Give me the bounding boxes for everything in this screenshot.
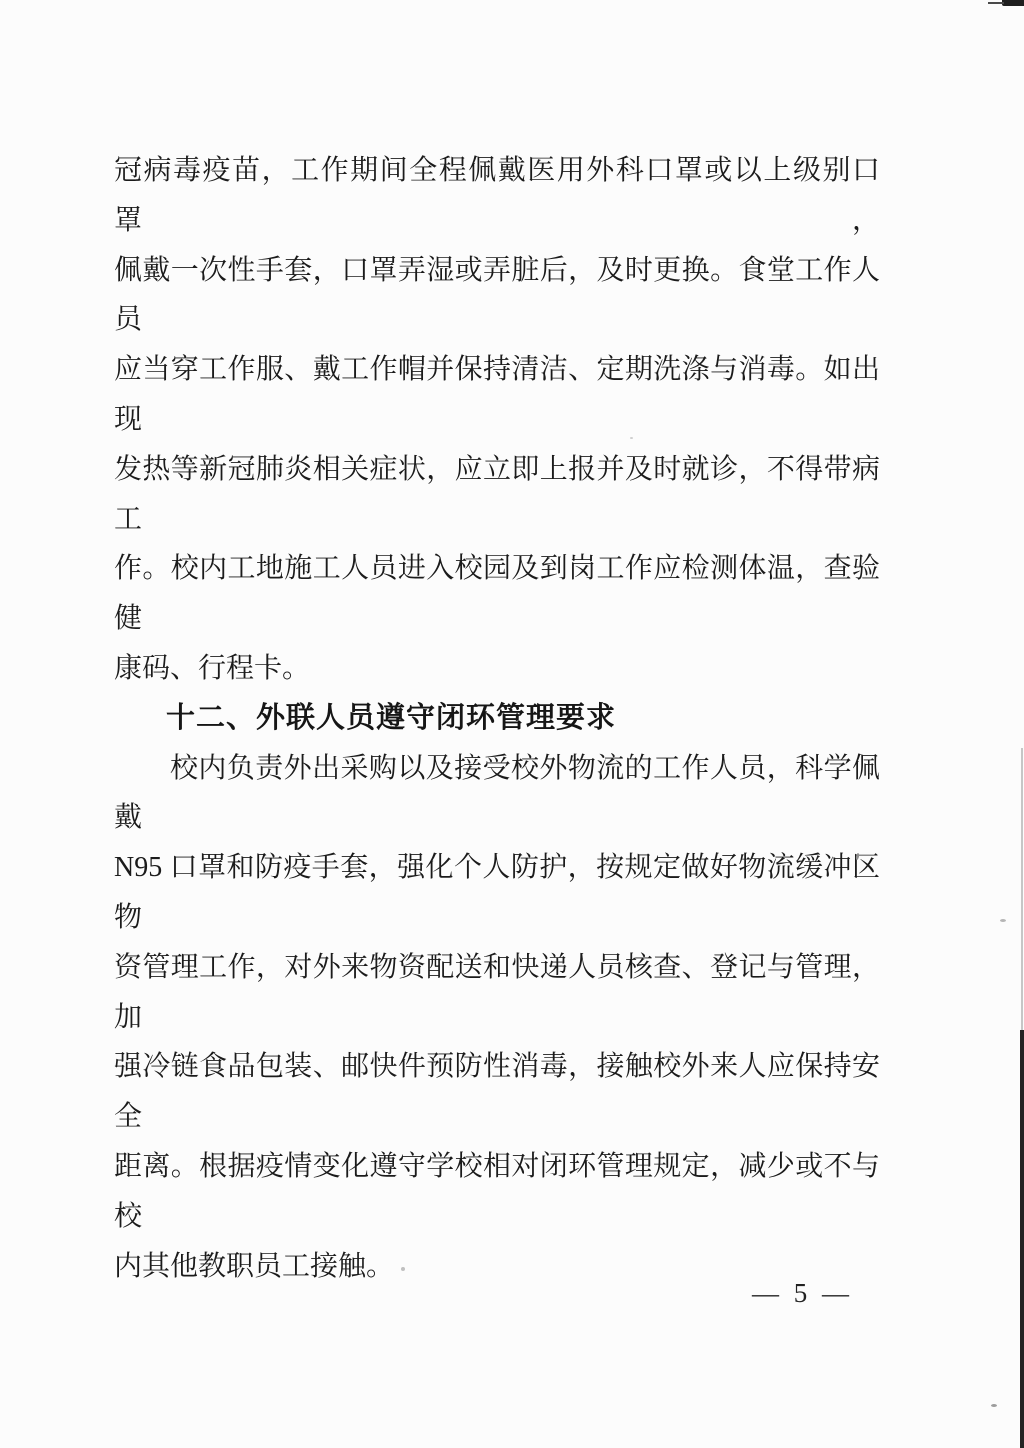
paragraph1-line-6: 康码、行程卡。 [114,644,880,694]
paragraph1-line-4: 发热等新冠肺炎相关症状，应立即上报并及时就诊，不得带病工 [114,445,880,545]
document-body: 冠病毒疫苗，工作期间全程佩戴医用外科口罩或以上级别口罩， 佩戴一次性手套，口罩弄… [114,146,880,1291]
paragraph1-line-2: 佩戴一次性手套，口罩弄湿或弄脏后，及时更换。食堂工作人员 [114,246,880,346]
scan-artifact-edge-line-dark [1020,1030,1024,1448]
paragraph2-line-3: 资管理工作，对外来物资配送和快递人员核查、登记与管理，加 [114,943,880,1043]
paragraph1-line-1: 冠病毒疫苗，工作期间全程佩戴医用外科口罩或以上级别口罩， [114,146,880,246]
paragraph2-line-4: 强冷链食品包装、邮快件预防性消毒，接触校外来人应保持安全 [114,1042,880,1142]
section-heading: 十二、外联人员遵守闭环管理要求 [114,694,880,744]
scan-speck [1000,919,1006,922]
paragraph1-line-3: 应当穿工作服、戴工作帽并保持清洁、定期洗涤与消毒。如出现 [114,345,880,445]
scan-artifact-corner-mark-tail [988,2,1004,4]
scan-speck [630,437,633,439]
paragraph2-line-2: N95 口罩和防疫手套，强化个人防护，按规定做好物流缓冲区物 [114,843,880,943]
scan-artifact-edge-line-faint [1021,748,1023,1032]
scan-speck [991,1404,997,1407]
paragraph2-line-1: 校内负责外出采购以及接受校外物流的工作人员，科学佩戴 [114,744,880,844]
paragraph2-line-5: 距离。根据疫情变化遵守学校相对闭环管理规定，减少或不与校 [114,1142,880,1242]
scan-speck [401,1267,405,1271]
scan-speck [206,1256,209,1259]
scanned-document-page: 冠病毒疫苗，工作期间全程佩戴医用外科口罩或以上级别口罩， 佩戴一次性手套，口罩弄… [0,0,1024,1448]
page-number: — 5 — [752,1278,853,1309]
scan-artifact-corner-mark [1002,0,1024,6]
paragraph1-line-5: 作。校内工地施工人员进入校园及到岗工作应检测体温，查验健 [114,544,880,644]
